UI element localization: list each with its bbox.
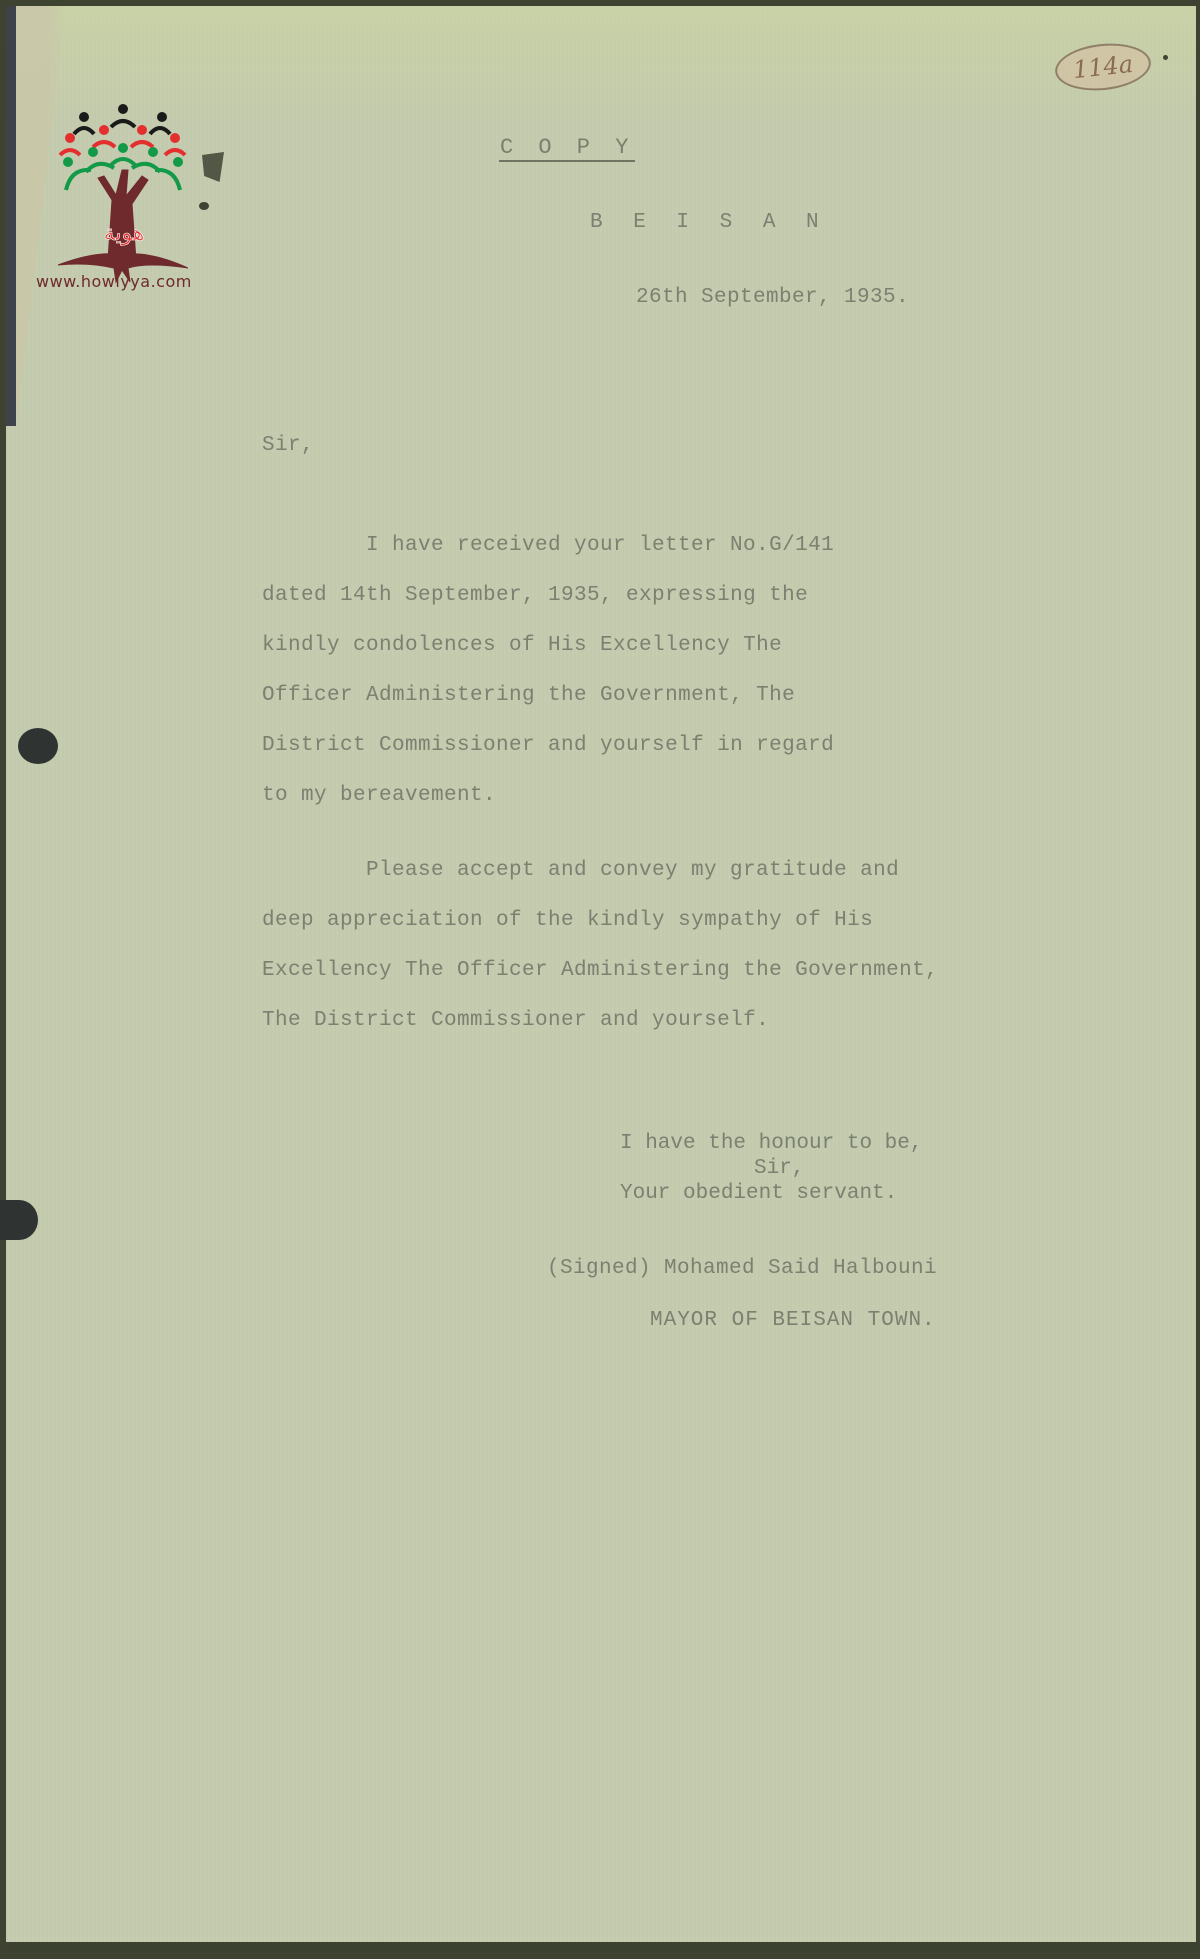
paragraph-line: I have received your letter No.G/141 xyxy=(262,521,834,571)
paragraph-line: to my bereavement. xyxy=(262,771,834,821)
salutation: Sir, xyxy=(262,434,314,457)
closing-line: Sir, xyxy=(620,1156,922,1181)
scanner-edge xyxy=(6,1942,1200,1950)
tape-mark xyxy=(202,152,224,182)
closing-block: I have the honour to be, Sir, Your obedi… xyxy=(620,1131,922,1206)
paragraph-line: dated 14th September, 1935, expressing t… xyxy=(262,571,834,621)
svg-text:هوية: هوية xyxy=(104,221,145,246)
paragraph-line: The District Commissioner and yourself. xyxy=(262,996,938,1046)
closing-line: I have the honour to be, xyxy=(620,1131,922,1156)
punch-hole xyxy=(18,728,58,764)
ink-dot xyxy=(1163,55,1168,60)
place-heading: B E I S A N xyxy=(590,211,828,234)
howiyya-logo-icon: هوية xyxy=(38,100,188,295)
punch-hole xyxy=(0,1200,38,1240)
ink-speck xyxy=(199,202,209,210)
paragraph-line: Excellency The Officer Administering the… xyxy=(262,946,938,996)
letter-date: 26th September, 1935. xyxy=(636,286,909,309)
paragraph-line: District Commissioner and yourself in re… xyxy=(262,721,834,771)
copy-label: C O P Y xyxy=(500,135,634,160)
paragraph-1: I have received your letter No.G/141 dat… xyxy=(262,521,834,821)
signatory-title: MAYOR OF BEISAN TOWN. xyxy=(650,1309,936,1332)
copy-underline xyxy=(499,160,635,162)
paragraph-line: kindly condolences of His Excellency The xyxy=(262,621,834,671)
paragraph-2: Please accept and convey my gratitude an… xyxy=(262,846,938,1046)
watermark-url: www.howiyya.com xyxy=(36,272,192,291)
paragraph-line: deep appreciation of the kindly sympathy… xyxy=(262,896,938,946)
closing-line: Your obedient servant. xyxy=(620,1181,922,1206)
paragraph-line: Please accept and convey my gratitude an… xyxy=(262,846,938,896)
paragraph-line: Officer Administering the Government, Th… xyxy=(262,671,834,721)
signature: (Signed) Mohamed Said Halbouni xyxy=(547,1257,937,1280)
